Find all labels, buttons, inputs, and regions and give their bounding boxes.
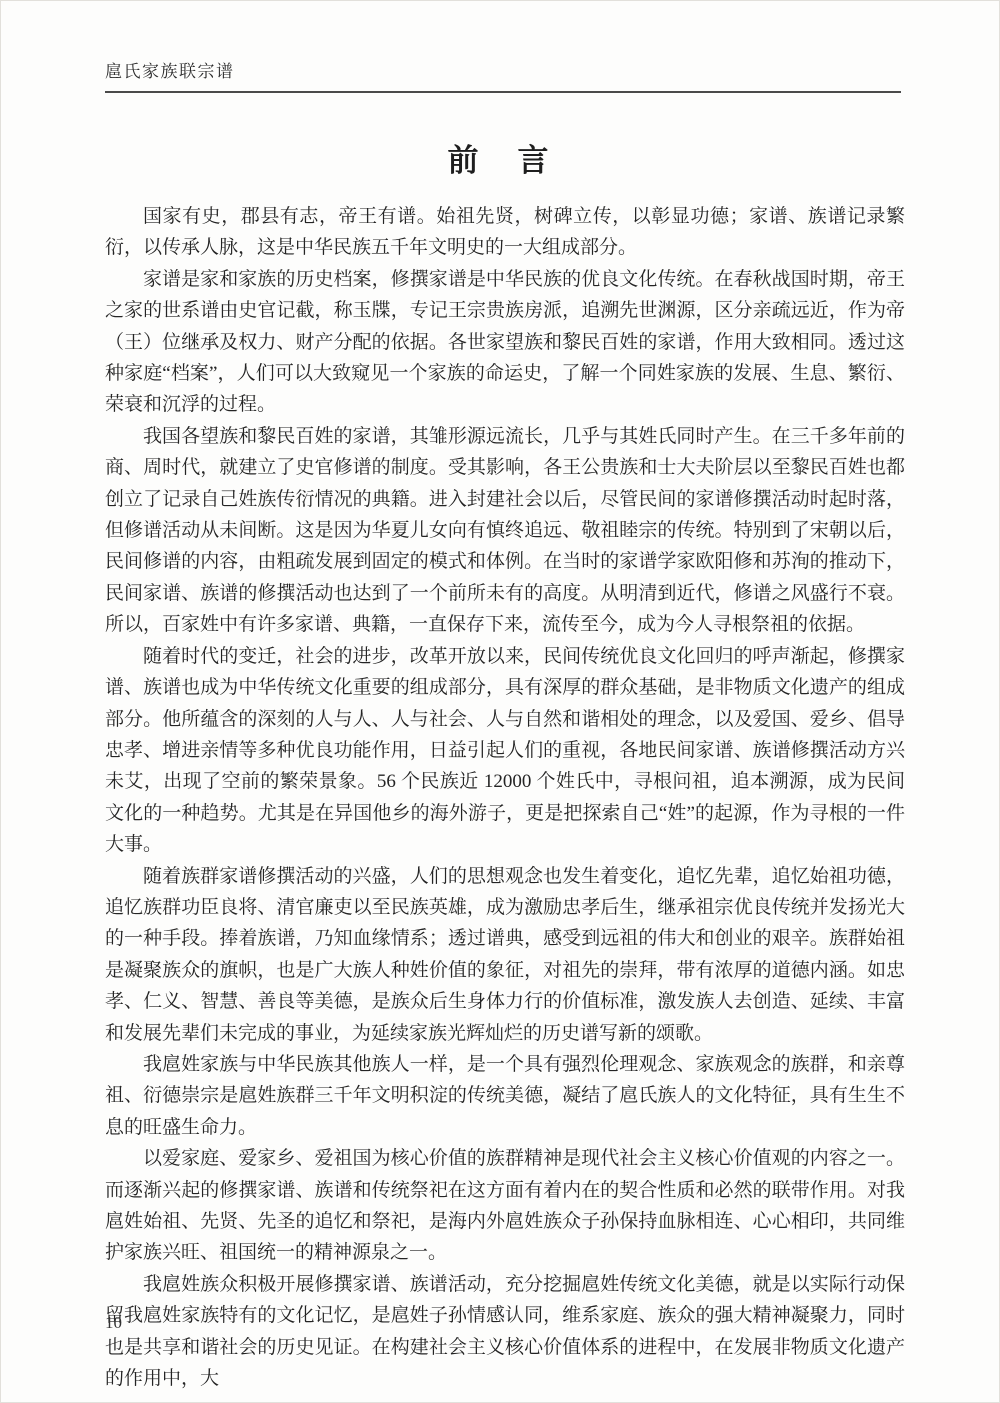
preface-body: 国家有史，郡县有志，帝王有谱。始祖先贤，树碑立传，以彰显功德；家谱、族谱记录繁衍… <box>105 201 905 1394</box>
paragraph: 我国各望族和黎民百姓的家谱，其雏形源远流长，几乎与其姓氏同时产生。在三千多年前的… <box>105 421 905 641</box>
paragraph: 以爱家庭、爱家乡、爱祖国为核心价值的族群精神是现代社会主义核心价值观的内容之一。… <box>105 1143 905 1269</box>
book-title: 扈氏家族联宗谱 <box>105 57 901 82</box>
paragraph: 我扈姓族众积极开展修撰家谱、族谱活动，充分挖掘扈姓传统文化美德，就是以实际行动保… <box>105 1269 905 1395</box>
page-header: 扈氏家族联宗谱 <box>105 57 901 101</box>
paragraph: 我扈姓家族与中华民族其他族人一样，是一个具有强烈伦理观念、家族观念的族群，和亲尊… <box>105 1049 905 1143</box>
page-number: 10 <box>105 1313 122 1333</box>
header-divider <box>105 91 901 93</box>
paragraph: 国家有史，郡县有志，帝王有谱。始祖先贤，树碑立传，以彰显功德；家谱、族谱记录繁衍… <box>105 201 905 264</box>
paragraph: 随着时代的变迁，社会的进步，改革开放以来，民间传统优良文化回归的呼声渐起，修撰家… <box>105 641 905 861</box>
page-title: 前 言 <box>1 135 999 180</box>
paragraph: 随着族群家谱修撰活动的兴盛，人们的思想观念也发生着变化，追忆先辈，追忆始祖功德，… <box>105 861 905 1049</box>
paragraph: 家谱是家和家族的历史档案，修撰家谱是中华民族的优良文化传统。在春秋战国时期，帝王… <box>105 264 905 421</box>
document-page: 扈氏家族联宗谱 前 言 国家有史，郡县有志，帝王有谱。始祖先贤，树碑立传，以彰显… <box>0 0 1000 1403</box>
